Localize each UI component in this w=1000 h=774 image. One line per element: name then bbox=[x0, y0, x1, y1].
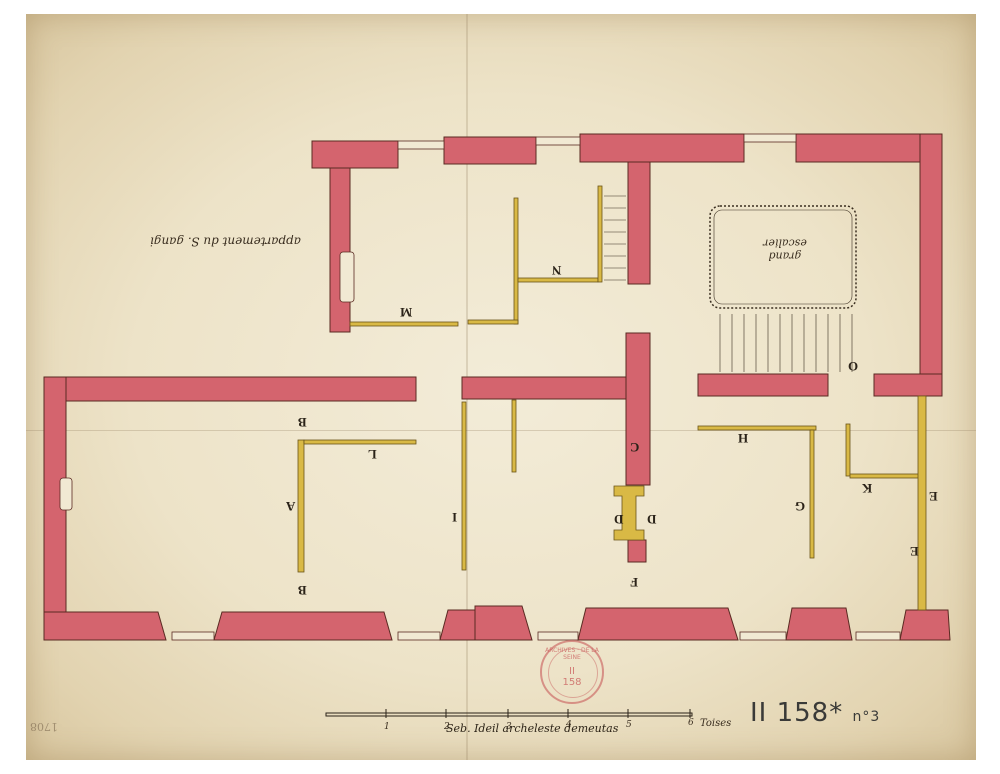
catalog-number: II 158* n°3 bbox=[750, 698, 880, 728]
partition-G bbox=[810, 430, 814, 558]
wall-bottom-4 bbox=[475, 606, 532, 640]
stamp-inner-ring bbox=[548, 648, 598, 698]
partition-N-vert bbox=[514, 198, 518, 324]
wall-main-top-mid bbox=[462, 377, 650, 399]
catalog-main: II 158* bbox=[750, 698, 843, 728]
scale-bar bbox=[326, 709, 692, 718]
partition-H bbox=[698, 426, 816, 430]
partition-L bbox=[304, 440, 416, 444]
room-label-f: F bbox=[630, 576, 638, 589]
room-label-e-bottom: E bbox=[910, 545, 919, 558]
partition-A bbox=[298, 440, 304, 572]
partition-stair-edge bbox=[598, 186, 602, 282]
room-label-e-top: E bbox=[929, 490, 938, 503]
room-label-n: N bbox=[552, 264, 561, 277]
room-label-o: O bbox=[848, 360, 858, 373]
wall-bottom-2 bbox=[214, 612, 392, 640]
scale-unit: Toises bbox=[700, 718, 731, 729]
partition-E bbox=[918, 396, 926, 610]
wall-stair-bottom-right bbox=[874, 374, 942, 396]
scale-tick-6: 6 bbox=[688, 718, 694, 728]
partition-K-vert bbox=[846, 424, 850, 476]
corner-mark: 1708 bbox=[30, 720, 58, 733]
wall-pier-foot bbox=[628, 540, 646, 562]
room-label-m: M bbox=[400, 306, 412, 319]
wall-bottom-5 bbox=[578, 608, 738, 640]
wall-upper-top-1 bbox=[312, 141, 398, 168]
annotation-apartment: appartement du S. gangi bbox=[150, 234, 301, 248]
wall-upper-right bbox=[920, 134, 942, 396]
wall-bottom-1 bbox=[44, 612, 166, 640]
wall-bottom-7 bbox=[900, 610, 950, 640]
room-label-b-bottom: B bbox=[298, 584, 307, 597]
wall-stair-divider bbox=[628, 162, 650, 284]
wall-upper-top-2 bbox=[444, 137, 536, 164]
wall-stair-bottom-left bbox=[698, 374, 828, 396]
partition-mid bbox=[512, 400, 516, 472]
room-label-g: G bbox=[795, 500, 805, 513]
partition-N-horiz bbox=[518, 278, 598, 282]
room-label-h: H bbox=[738, 432, 748, 445]
catalog-suffix: n°3 bbox=[853, 709, 881, 725]
wall-upper-top-3 bbox=[580, 134, 744, 162]
floor-plan bbox=[0, 0, 1000, 774]
wall-upper-left bbox=[330, 168, 350, 332]
room-label-b-top: B bbox=[298, 416, 307, 429]
wall-bottom-6 bbox=[786, 608, 852, 640]
partition-I bbox=[462, 402, 466, 570]
partition-M-2 bbox=[468, 320, 518, 324]
room-label-l: L bbox=[368, 448, 377, 461]
scale-tick-5: 5 bbox=[626, 720, 632, 730]
wall-main-top-left bbox=[44, 377, 416, 401]
room-label-d-right: D bbox=[647, 513, 656, 526]
annotation-grand-staircase: grand escalier bbox=[760, 236, 810, 262]
room-label-d-left: D bbox=[614, 513, 623, 526]
partition-M-1 bbox=[350, 322, 458, 326]
scale-tick-1: 1 bbox=[384, 722, 390, 732]
room-label-a: A bbox=[286, 500, 295, 513]
room-label-k: K bbox=[862, 482, 872, 495]
room-label-c: C bbox=[630, 441, 639, 454]
wall-bottom-3 bbox=[440, 610, 475, 640]
archive-stamp: ARCHIVES · DE LA SEINE II 158 bbox=[540, 640, 604, 704]
wall-center-pier bbox=[626, 333, 650, 485]
room-label-i: I bbox=[452, 511, 457, 524]
architect-signature: Seb. Ideil archeleste demeutas bbox=[446, 722, 618, 735]
partition-K-horiz bbox=[850, 474, 920, 478]
